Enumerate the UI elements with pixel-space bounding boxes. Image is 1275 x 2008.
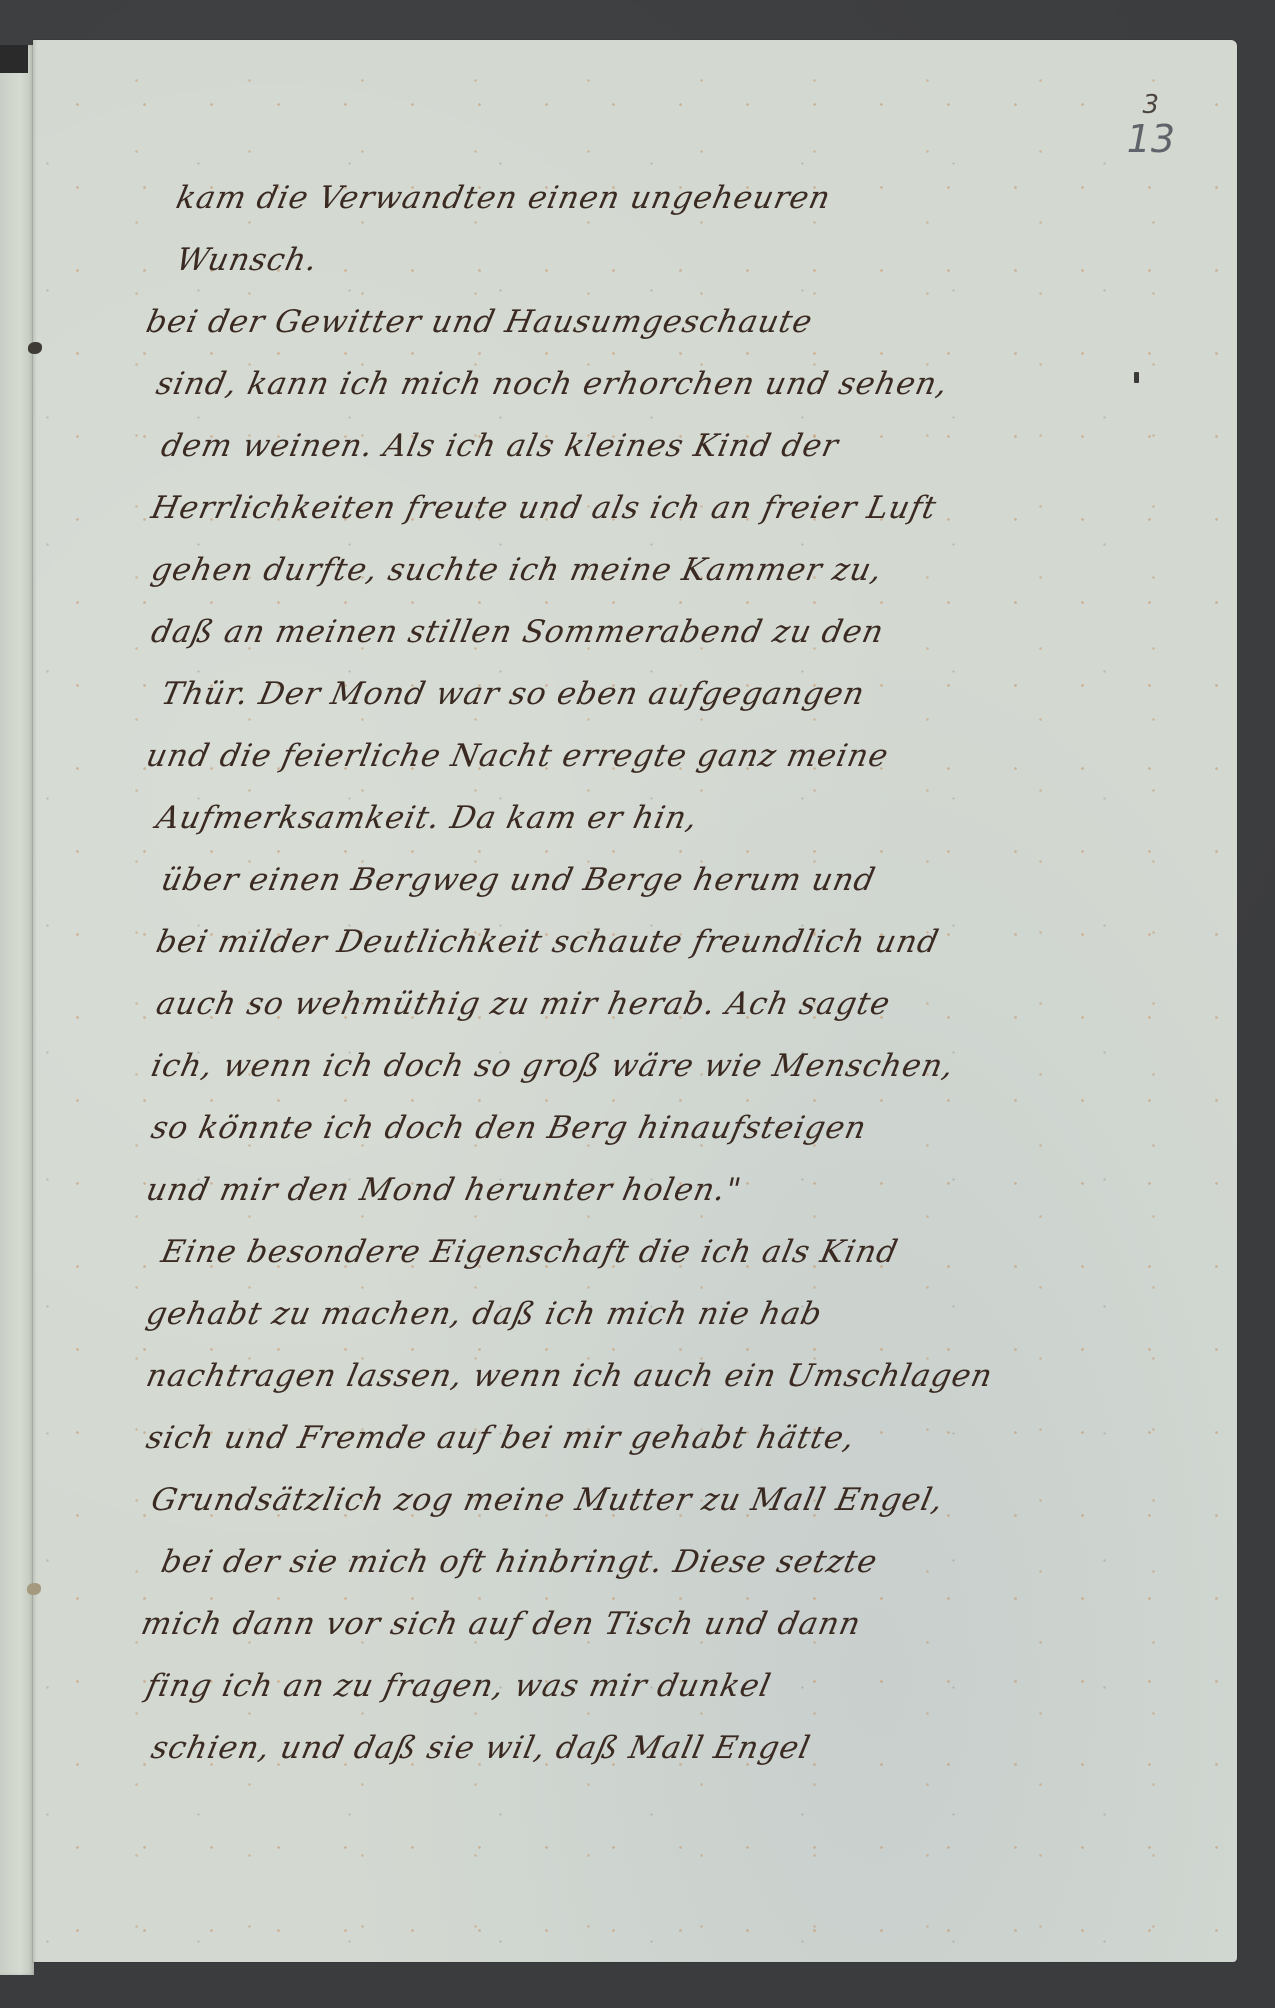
previous-leaf-edge (0, 45, 34, 1975)
text-line: dem weinen. Als ich als kleines Kind der (158, 428, 842, 464)
text-line: Wunsch. (173, 242, 321, 278)
text-line: Eine besondere Eigenschaft die ich als K… (158, 1234, 902, 1270)
text-line: auch so wehmüthig zu mir herab. Ach sagt… (153, 986, 894, 1022)
folio-number: 3 13 (1127, 92, 1175, 158)
text-line: sich und Fremde auf bei mir gehabt hätte… (143, 1420, 858, 1456)
text-line: Herrlichkeiten freute und als ich an fre… (148, 490, 940, 526)
text-line: Aufmerksamkeit. Da kam er hin, (153, 800, 701, 836)
text-line: fing ich an zu fragen, was mir dunkel (143, 1668, 774, 1704)
text-line: über einen Bergweg und Berge herum und (158, 862, 879, 898)
folio-main: 13 (1127, 120, 1175, 158)
binding-hole-bottom (27, 1583, 41, 1595)
text-line: kam die Verwandten einen ungeheuren (173, 180, 834, 216)
text-line: gehen durfte, suchte ich meine Kammer zu… (148, 552, 886, 588)
binding-tab (0, 45, 28, 73)
manuscript-page: 3 13 kam die Verwandten einen ungeheuren… (33, 40, 1237, 1962)
text-line: ich, wenn ich doch so groß wäre wie Mens… (148, 1048, 958, 1084)
binding-hole-top (28, 342, 42, 354)
folio-small: 3 (1127, 92, 1175, 118)
text-line: mich dann vor sich auf den Tisch und dan… (138, 1606, 864, 1642)
text-line: so könnte ich doch den Berg hinaufsteige… (148, 1110, 870, 1146)
text-line: bei der Gewitter und Hausumgeschaute (143, 304, 816, 340)
text-line: bei der sie mich oft hinbringt. Diese se… (158, 1544, 881, 1580)
text-line: und die feierliche Nacht erregte ganz me… (143, 738, 892, 774)
binding-fold (33, 40, 37, 1962)
text-line: gehabt zu machen, daß ich mich nie hab (143, 1296, 826, 1332)
text-line: daß an meinen stillen Sommerabend zu den (148, 614, 887, 650)
text-line: und mir den Mond herunter holen." (143, 1172, 745, 1208)
text-line: Grundsätzlich zog meine Mutter zu Mall E… (148, 1482, 947, 1518)
margin-ink-mark (1134, 372, 1139, 383)
text-line: sind, kann ich mich noch erhorchen und s… (153, 366, 952, 402)
text-line: Thür. Der Mond war so eben aufgegangen (158, 676, 868, 712)
text-line: nachtragen lassen, wenn ich auch ein Ums… (143, 1358, 996, 1394)
text-line: bei milder Deutlichkeit schaute freundli… (153, 924, 942, 960)
text-line: schien, und daß sie wil, daß Mall Engel (148, 1730, 814, 1766)
